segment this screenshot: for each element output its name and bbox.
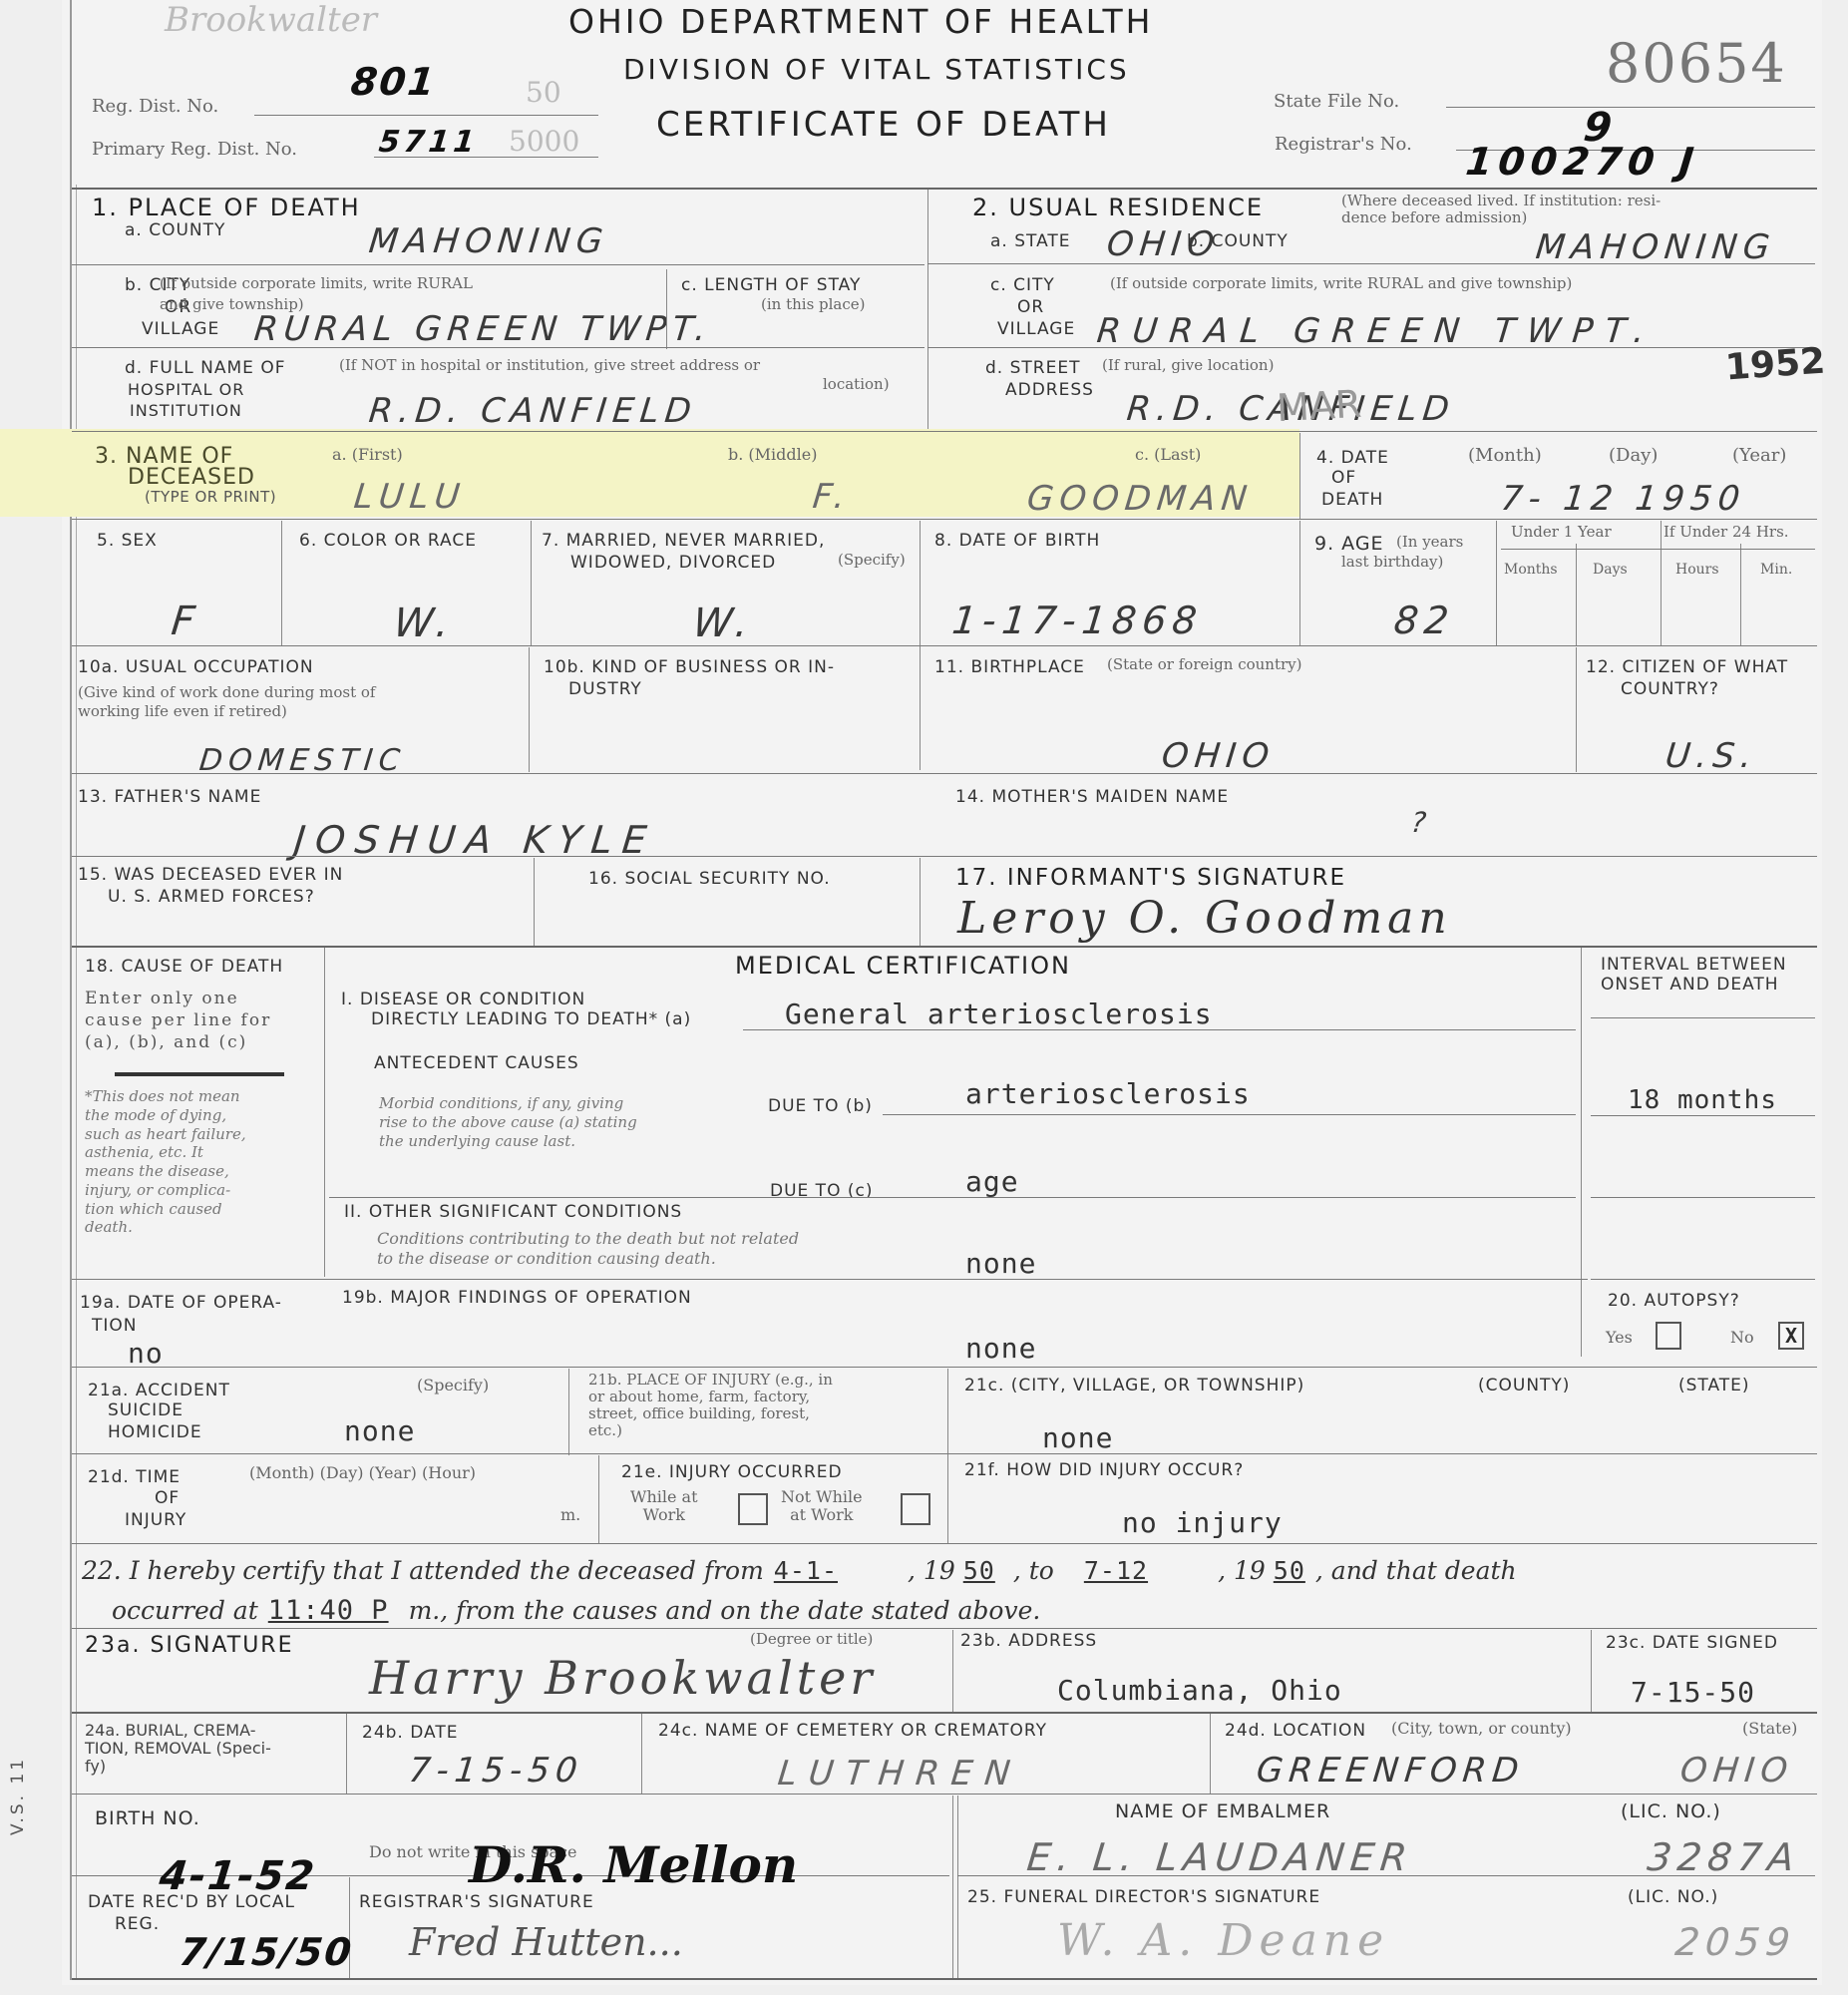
reg-dist-line — [254, 115, 598, 116]
state-file-line — [1446, 107, 1815, 108]
cause-b-value[interactable]: arteriosclerosis — [965, 1077, 1251, 1110]
line — [1591, 1017, 1815, 1018]
last-name-label: c. (Last) — [1135, 446, 1201, 464]
line — [72, 347, 924, 348]
under-24-label: If Under 24 Hrs. — [1663, 524, 1789, 541]
burial-date-label: 24b. DATE — [362, 1724, 458, 1743]
div — [1591, 1630, 1592, 1712]
armed-label: 15. WAS DECEASED EVER IN — [78, 866, 343, 885]
op-findings-value[interactable]: none — [965, 1332, 1036, 1365]
cert-text: occurred at — [112, 1596, 258, 1625]
residence-hint2: dence before admission) — [1341, 209, 1527, 226]
footnote: *This does not mean the mode of dying, s… — [85, 1087, 314, 1237]
hours-label: Hours — [1675, 562, 1719, 578]
burial-type-line: 24a. BURIAL, CREMA- — [85, 1722, 271, 1740]
div — [952, 1630, 953, 1712]
line — [883, 1114, 1576, 1115]
form-number: V.S. 11 — [8, 1757, 28, 1835]
autopsy-yes-checkbox[interactable] — [1656, 1322, 1681, 1350]
certification-line-1: 22. I hereby certify that I attended the… — [82, 1551, 1517, 1591]
occupation-label: 10a. USUAL OCCUPATION — [78, 658, 314, 677]
age-label: 9. AGE — [1314, 534, 1384, 555]
cert-text: , to — [1013, 1556, 1054, 1585]
residence-hint: (Where deceased lived. If institution: r… — [1341, 193, 1661, 209]
date-signed-label: 23c. DATE SIGNED — [1606, 1634, 1778, 1653]
line — [1591, 1115, 1815, 1116]
line — [72, 519, 1817, 520]
res-city-hint: (If outside corporate limits, write RURA… — [1110, 275, 1572, 292]
certification-line-2: occurred at11:40 Pm., from the causes an… — [82, 1591, 1517, 1631]
mother-label: 14. MOTHER'S MAIDEN NAME — [955, 788, 1229, 807]
cause-label: 18. CAUSE OF DEATH — [85, 958, 283, 977]
autopsy-no-label: No — [1730, 1329, 1754, 1347]
interval-divider — [1581, 948, 1582, 1357]
received-value[interactable]: 7/15/50 — [178, 1930, 356, 1974]
ssn-label: 16. SOCIAL SECURITY NO. — [588, 870, 831, 889]
line — [329, 1197, 1576, 1198]
state-file-label: State File No. — [1274, 92, 1399, 113]
morbid-hint-line: Morbid conditions, if any, giving — [379, 1094, 637, 1113]
while-work-checkbox[interactable] — [738, 1493, 768, 1525]
armed-label-2: U. S. ARMED FORCES? — [108, 888, 315, 907]
middle-name-label: b. (Middle) — [728, 446, 817, 464]
burial-state-value[interactable]: OHIO — [1678, 1751, 1795, 1791]
injury-place-line: 21b. PLACE OF INJURY (e.g., in — [588, 1372, 833, 1389]
not-while-work-label: Not While at Work — [781, 1488, 863, 1525]
div — [529, 647, 530, 772]
interval-b-value[interactable]: 18 months — [1628, 1085, 1777, 1115]
div — [531, 521, 532, 645]
registrar-label: Registrar's No. — [1275, 135, 1412, 156]
burial-date-value[interactable]: 7-15-50 — [407, 1751, 585, 1791]
under-1-label: Under 1 Year — [1511, 524, 1612, 541]
stay-hint: (in this place) — [761, 296, 866, 313]
injury-time-label-2: OF — [155, 1489, 180, 1508]
div — [947, 1369, 948, 1543]
left-border — [70, 0, 72, 1980]
op-date-label-2: TION — [92, 1317, 138, 1336]
county-label: a. COUNTY — [125, 221, 225, 240]
injury-state-label: (STATE) — [1678, 1377, 1750, 1396]
middle-name-value[interactable]: F. — [811, 477, 853, 517]
citizen-value[interactable]: U.S. — [1663, 736, 1759, 776]
dod-label-1: 4. DATE — [1316, 449, 1389, 468]
birth-no-label: BIRTH NO. — [95, 1808, 200, 1829]
div — [1740, 544, 1741, 645]
occupation-hint2: working life even if retired) — [78, 703, 287, 720]
morbid-hint-line: the underlying cause last. — [379, 1132, 637, 1151]
attended-to-value[interactable]: 7-12 — [1054, 1556, 1218, 1585]
cert-text: , 19 — [1218, 1556, 1266, 1585]
dod-month-label: (Month) — [1468, 446, 1542, 467]
registrar-sig-label: REGISTRAR'S SIGNATURE — [359, 1893, 594, 1912]
dod-divider — [1299, 433, 1300, 519]
primary-reg-dist-printed: 5000 — [509, 125, 579, 158]
op-date-label: 19a. DATE OF OPERA- — [80, 1294, 282, 1313]
embalmer-lic-label: (LIC. NO.) — [1621, 1801, 1721, 1822]
dod-label-3: DEATH — [1321, 491, 1383, 510]
cert-text: , 19 — [908, 1556, 955, 1585]
injury-how-value[interactable]: no injury — [1122, 1506, 1283, 1539]
burial-state-label: (State) — [1742, 1720, 1797, 1738]
div — [598, 1455, 599, 1543]
birthplace-hint: (State or foreign country) — [1107, 656, 1301, 673]
marital-label-1: 7. MARRIED, NEVER MARRIED, — [542, 532, 825, 551]
line — [72, 1367, 1817, 1368]
cause-hint-line: cause per line for — [85, 1009, 314, 1031]
injury-time-cols: (Month) (Day) (Year) (Hour) — [249, 1464, 476, 1482]
months-label: Months — [1504, 562, 1558, 578]
injury-location-label: 21c. (CITY, VILLAGE, OR TOWNSHIP) — [964, 1377, 1304, 1396]
min-label: Min. — [1760, 562, 1792, 578]
line — [743, 1029, 1576, 1030]
certificate-paper — [62, 0, 1822, 1985]
while-work-line: Work — [630, 1506, 698, 1524]
div — [568, 1369, 569, 1455]
signature-label: 23a. SIGNATURE — [85, 1634, 294, 1658]
injury-occurred-label: 21e. INJURY OCCURRED — [621, 1463, 843, 1482]
city-hint: (If outside corporate limits, write RURA… — [160, 275, 473, 292]
injury-location-value[interactable]: none — [1042, 1421, 1113, 1454]
morbid-hint: Morbid conditions, if any, giving rise t… — [379, 1094, 637, 1150]
cause-divider — [324, 948, 325, 1277]
place-of-death-label: 1. PLACE OF DEATH — [92, 195, 361, 220]
mother-value[interactable]: ? — [1409, 806, 1433, 839]
bottom-border — [72, 1978, 1817, 1980]
dod-year-label: (Year) — [1732, 446, 1786, 467]
footnote-rule — [115, 1072, 284, 1076]
line — [72, 1628, 1817, 1629]
not-while-work-checkbox[interactable] — [901, 1493, 930, 1525]
footnote-line: tion which caused — [85, 1200, 314, 1219]
informant-signature[interactable]: Leroy O. Goodman — [957, 893, 1452, 944]
race-label: 6. COLOR OR RACE — [299, 532, 477, 551]
div — [1299, 521, 1300, 645]
hospital-value[interactable]: R.D. CANFIELD — [367, 391, 699, 431]
injury-place-line: street, office building, forest, — [588, 1405, 833, 1422]
footnote-line: injury, or complica- — [85, 1181, 314, 1200]
line — [1501, 549, 1815, 550]
marital-value[interactable]: W. — [691, 600, 757, 646]
div — [534, 858, 535, 948]
city-label-village: VILLAGE — [142, 320, 219, 339]
injury-type-value[interactable]: none — [344, 1414, 415, 1447]
div — [920, 858, 921, 948]
degree-label: (Degree or title) — [750, 1631, 873, 1648]
other-hint-line: to the disease or condition causing deat… — [377, 1249, 799, 1269]
stamp-month: MAR — [1276, 382, 1362, 430]
citizen-label: 12. CITIZEN OF WHAT — [1586, 658, 1788, 677]
burial-type-line: TION, REMOVAL (Speci- — [85, 1740, 271, 1758]
city-value[interactable]: RURAL GREEN TWPT. — [252, 309, 714, 349]
director-signature[interactable]: W. A. Deane — [1057, 1915, 1389, 1966]
line — [1591, 1279, 1815, 1280]
line — [927, 263, 1815, 264]
injury-county-label: (COUNTY) — [1478, 1377, 1570, 1396]
while-work-label: While at Work — [630, 1488, 698, 1525]
last-name-value[interactable]: GOODMAN — [1025, 479, 1255, 519]
footnote-line: such as heart failure, — [85, 1125, 314, 1144]
header-divider — [72, 188, 1817, 190]
embalmer-label: NAME OF EMBALMER — [1115, 1801, 1330, 1822]
line — [72, 1453, 1817, 1454]
first-name-value[interactable]: LULU — [352, 477, 468, 517]
line — [72, 946, 1817, 948]
medical-section-title: MEDICAL CERTIFICATION — [735, 953, 1071, 979]
primary-reg-dist-label: Primary Reg. Dist. No. — [92, 140, 297, 161]
injury-how-label: 21f. HOW DID INJURY OCCUR? — [964, 1461, 1244, 1480]
director-lic-value[interactable]: 2059 — [1673, 1920, 1798, 1964]
address-label: 23b. ADDRESS — [960, 1632, 1097, 1651]
stamp-signature: D.R. Mellon — [469, 1835, 798, 1894]
date-signed-value[interactable]: 7-15-50 — [1631, 1676, 1755, 1709]
marital-label-2: WIDOWED, DIVORCED — [570, 554, 776, 573]
other-hint-line: Conditions contributing to the death but… — [377, 1229, 799, 1249]
dod-value[interactable]: 7- 12 1950 — [1499, 479, 1748, 519]
div — [281, 521, 282, 645]
faded-signature: Brookwalter — [165, 0, 377, 40]
div — [957, 1795, 958, 1980]
autopsy-no-checkbox[interactable]: X — [1778, 1322, 1804, 1350]
cemetery-value[interactable]: LUTHREN — [776, 1754, 1024, 1794]
disease-label: I. DISEASE OR CONDITION — [341, 991, 585, 1009]
res-state-label: a. STATE — [990, 232, 1071, 251]
burial-type-label: 24a. BURIAL, CREMA- TION, REMOVAL (Speci… — [85, 1722, 271, 1776]
received-label-2: REG. — [115, 1915, 160, 1934]
other-label: II. OTHER SIGNIFICANT CONDITIONS — [344, 1203, 682, 1222]
not-while-work-line: Not While — [781, 1488, 863, 1506]
stamp-date: 4-1-52 — [158, 1853, 318, 1899]
cause-c-value[interactable]: age — [965, 1165, 1019, 1198]
race-value[interactable]: W. — [392, 600, 458, 646]
injury-time-label: 21d. TIME — [88, 1468, 181, 1487]
injury-type-label-2: SUICIDE — [108, 1401, 184, 1420]
dob-value[interactable]: 1-17-1868 — [950, 598, 1205, 642]
footnote-line: means the disease, — [85, 1162, 314, 1181]
death-time-value[interactable]: 11:40 P — [258, 1595, 409, 1626]
cert-text: m., from the causes and on the date stat… — [409, 1596, 1041, 1625]
age-value[interactable]: 82 — [1392, 598, 1457, 642]
stay-label: c. LENGTH OF STAY — [681, 276, 861, 295]
line — [1591, 1197, 1815, 1198]
injury-place-line: or about home, farm, factory, — [588, 1389, 833, 1405]
center-divider-top — [927, 190, 928, 429]
res-street-label-2: ADDRESS — [1005, 381, 1094, 400]
hospital-hint2: location) — [823, 376, 890, 393]
injury-place-label: 21b. PLACE OF INJURY (e.g., in or about … — [588, 1372, 833, 1439]
stay-divider — [666, 269, 667, 349]
business-label-2: DUSTRY — [568, 680, 642, 699]
director-label: 25. FUNERAL DIRECTOR'S SIGNATURE — [967, 1888, 1320, 1907]
dod-label-2: OF — [1331, 469, 1356, 488]
embalmer-value[interactable]: E. L. LAUDANER — [1025, 1835, 1415, 1879]
line — [72, 1712, 1817, 1714]
reg-dist-printed: 50 — [526, 76, 561, 109]
other-value[interactable]: none — [965, 1247, 1036, 1280]
other-hint: Conditions contributing to the death but… — [377, 1229, 799, 1269]
cause-hint-line: Enter only one — [85, 988, 314, 1009]
hospital-label-2: HOSPITAL OR — [128, 381, 244, 399]
birthplace-label: 11. BIRTHPLACE — [934, 658, 1085, 677]
department-title: OHIO DEPARTMENT OF HEALTH — [568, 2, 1153, 41]
line — [72, 1279, 1588, 1280]
reg-dist-label: Reg. Dist. No. — [92, 97, 218, 118]
days-label: Days — [1593, 562, 1628, 578]
injury-specify: (Specify) — [417, 1377, 489, 1395]
autopsy-yes-label: Yes — [1606, 1329, 1633, 1347]
line — [72, 264, 924, 265]
res-street-hint: (If rural, give location) — [1102, 357, 1274, 374]
cause-a-value[interactable]: General arteriosclerosis — [785, 997, 1213, 1030]
footnote-line: death. — [85, 1218, 314, 1237]
name-label-deceased: DECEASED — [128, 466, 255, 490]
line — [927, 347, 1815, 348]
injury-type-label-3: HOMICIDE — [108, 1423, 202, 1442]
line — [957, 1875, 1815, 1876]
line — [72, 856, 1817, 857]
reg-dist-value[interactable]: 801 — [349, 60, 439, 104]
op-date-value[interactable]: no — [128, 1337, 164, 1370]
dod-day-label: (Day) — [1609, 446, 1658, 467]
disease-label-2: DIRECTLY LEADING TO DEATH* (a) — [371, 1010, 691, 1029]
certificate-title: CERTIFICATE OF DEATH — [656, 105, 1111, 145]
hospital-hint: (If NOT in hospital or institution, give… — [339, 357, 760, 374]
autopsy-label: 20. AUTOPSY? — [1608, 1292, 1740, 1311]
antecedent-label: ANTECEDENT CAUSES — [374, 1054, 579, 1073]
attended-to-year[interactable]: 50 — [1266, 1556, 1315, 1585]
div — [346, 1714, 347, 1794]
physician-signature[interactable]: Harry Brookwalter — [369, 1651, 876, 1705]
line — [72, 645, 1817, 646]
div — [1496, 521, 1497, 645]
interval-label-2: ONSET AND DEATH — [1601, 976, 1779, 995]
age-hint2: last birthday) — [1341, 554, 1443, 571]
res-city-value[interactable]: RURAL GREEN TWPT. — [1095, 311, 1659, 351]
attended-from-year[interactable]: 50 — [955, 1556, 1013, 1585]
usual-residence-label: 2. USUAL RESIDENCE — [972, 195, 1264, 220]
div — [952, 1795, 953, 1980]
occupation-hint: (Give kind of work done during most of — [78, 684, 375, 701]
cause-hint: Enter only one cause per line for (a), (… — [85, 988, 314, 1053]
county-value[interactable]: MAHONING — [367, 221, 610, 261]
attended-from-value[interactable]: 4-1- — [764, 1556, 908, 1585]
line — [72, 1543, 1817, 1544]
burial-location-label: 24d. LOCATION — [1225, 1722, 1366, 1741]
hospital-label: d. FULL NAME OF — [125, 359, 285, 378]
interval-label: INTERVAL BETWEEN — [1601, 956, 1787, 975]
certificate-number: 80654 — [1606, 32, 1787, 95]
informant-label: 17. INFORMANT'S SIGNATURE — [955, 866, 1346, 891]
footnote-line: *This does not mean — [85, 1087, 314, 1106]
cemetery-label: 24c. NAME OF CEMETERY OR CREMATORY — [658, 1722, 1047, 1741]
director-lic-label: (LIC. NO.) — [1628, 1888, 1718, 1907]
line — [72, 431, 1817, 432]
address-value[interactable]: Columbiana, Ohio — [1057, 1674, 1342, 1707]
business-label: 10b. KIND OF BUSINESS OR IN- — [544, 658, 835, 677]
burial-type-line: fy) — [85, 1758, 271, 1776]
not-while-work-line: at Work — [781, 1506, 863, 1524]
registrar-signature[interactable]: Fred Hutten... — [409, 1920, 683, 1964]
first-name-label: a. (First) — [332, 446, 403, 464]
footnote-line: asthenia, etc. It — [85, 1143, 314, 1162]
burial-location-value[interactable]: GREENFORD — [1255, 1751, 1527, 1791]
burial-location-hint: (City, town, or county) — [1391, 1720, 1572, 1738]
embalmer-lic-value[interactable]: 3287A — [1646, 1835, 1802, 1879]
hospital-label-3: INSTITUTION — [130, 402, 242, 420]
div — [1576, 544, 1577, 645]
cause-hint-line: (a), (b), and (c) — [85, 1031, 314, 1053]
injury-time-label-3: INJURY — [125, 1511, 186, 1530]
res-city-label: c. CITY — [990, 276, 1055, 295]
injury-time-m: m. — [560, 1506, 580, 1524]
line — [72, 773, 1817, 774]
cert-text: 22. I hereby certify that I attended the… — [82, 1556, 764, 1585]
injury-place-line: etc.) — [588, 1422, 833, 1439]
line — [72, 1794, 1817, 1795]
res-city-village: VILLAGE — [997, 320, 1075, 339]
father-label: 13. FATHER'S NAME — [78, 788, 261, 807]
op-findings-label: 19b. MAJOR FINDINGS OF OPERATION — [342, 1289, 692, 1308]
primary-reg-dist-value[interactable]: 5711 — [377, 125, 480, 160]
sex-value[interactable]: F — [170, 598, 203, 644]
division-title: DIVISION OF VITAL STATISTICS — [623, 53, 1130, 86]
citizen-label-2: COUNTRY? — [1621, 680, 1719, 699]
birthplace-value[interactable]: OHIO — [1160, 736, 1277, 776]
injury-type-label: 21a. ACCIDENT — [88, 1382, 230, 1400]
sex-label: 5. SEX — [97, 532, 158, 551]
res-street-label: d. STREET — [985, 359, 1080, 378]
div — [641, 1714, 642, 1794]
div — [1661, 521, 1662, 645]
marital-specify: (Specify) — [838, 552, 906, 569]
certification-statement: 22. I hereby certify that I attended the… — [82, 1551, 1517, 1631]
due-b-label: DUE TO (b) — [768, 1097, 873, 1116]
stamp-year: 1952 — [1724, 341, 1827, 389]
res-county-label: b. COUNTY — [1187, 232, 1289, 251]
cert-text: , and that death — [1315, 1556, 1517, 1585]
registrar-value[interactable]: 100270 J — [1464, 140, 1702, 184]
res-city-or: OR — [1017, 298, 1044, 317]
res-county-value[interactable]: MAHONING — [1534, 227, 1777, 267]
div — [1210, 1714, 1211, 1794]
div — [1576, 647, 1577, 772]
while-work-line: While at — [630, 1488, 698, 1506]
footnote-line: the mode of dying, — [85, 1106, 314, 1125]
age-hint: (In years — [1396, 534, 1463, 551]
name-label-type: (TYPE OR PRINT) — [145, 489, 276, 506]
dob-label: 8. DATE OF BIRTH — [934, 532, 1100, 551]
morbid-hint-line: rise to the above cause (a) stating — [379, 1113, 637, 1132]
